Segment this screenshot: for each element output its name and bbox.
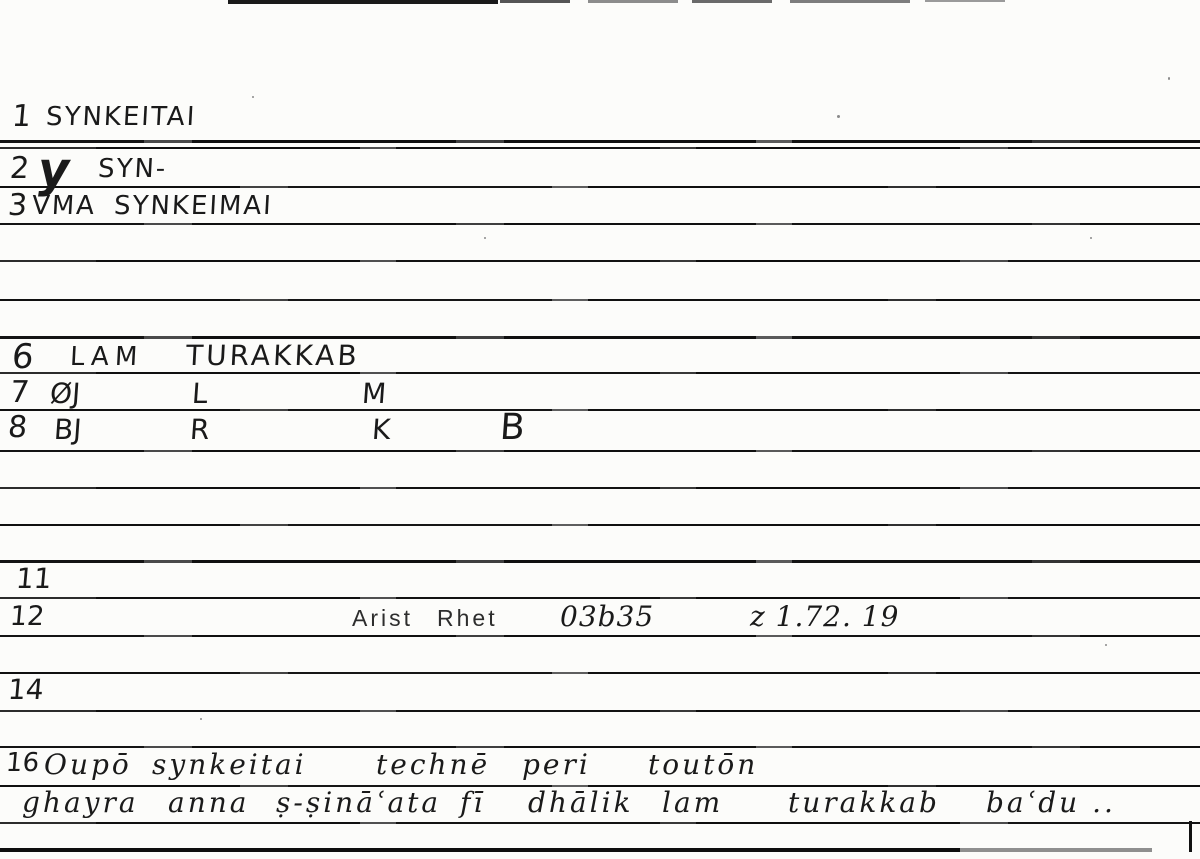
entry-number: 12 [9,603,46,630]
card-bottom-edge [0,848,1200,852]
ruled-line [0,299,1200,301]
letter-b: B [499,410,526,446]
greek-word: Oupō [44,751,132,779]
arabic-word: fī [460,789,485,817]
entry-number: 2 [9,154,31,184]
dust-speck [252,96,254,98]
arabic-word: ghayra [22,789,139,817]
scan-artifact [588,0,678,3]
entry-row-3: 3 VMA SYNKEIMAI [0,190,1200,228]
dust-speck [1105,644,1107,646]
entry-number: 8 [7,413,29,443]
scan-artifact [925,0,1005,2]
entry-number: 11 [15,565,53,593]
stamp-work: Rhet [437,607,498,630]
greek-word: technē [376,751,490,779]
siglum: VMA [31,193,96,219]
entry-number: 6 [11,340,36,374]
arabic-word: turakkab [788,789,940,817]
entry-row-1: 1 SYNKEITAI [0,100,1200,138]
ruled-line [0,140,1200,143]
headword-greek: SYNKEITAI [45,104,197,130]
dust-speck [1090,237,1092,239]
headword-greek: SYNKEIMAI [113,193,273,219]
stamp-author: Arist [352,607,413,630]
entry-number: 16 [5,750,40,776]
scan-artifact [790,0,910,3]
edition-reference: z 1.72. 19 [750,603,899,631]
letter-l: L [191,380,209,408]
entry-row-16: 16 Oupō synkeitai technē peri toutōn [0,748,1200,786]
ruled-line [0,450,1200,452]
dust-speck [200,718,202,720]
entry-row-7: 7 ØJ L M [0,377,1200,415]
entry-row-17: ghayra anna ṣ-ṣināʿata fī dhālik lam tur… [0,787,1200,825]
arabic-word: lam [662,789,723,817]
dust-speck [1168,77,1170,80]
card-edge-mark [1189,821,1192,852]
ruled-line [0,487,1200,489]
siglum-glyph: y [38,146,69,194]
entry-number: 1 [11,102,33,132]
dust-speck [484,237,486,239]
siglum: ØJ [49,380,81,408]
entry-number: 14 [7,676,45,704]
entry-number: 7 [9,378,31,408]
greek-word: synkeitai [152,751,307,779]
arabic-word: anna [168,789,249,817]
greek-word: peri [522,751,591,779]
greek-word: toutōn [648,751,758,779]
entry-number: 3 [7,191,29,221]
scan-artifact [500,0,570,3]
entry-row-2: 2 y SYN- [0,152,1200,190]
entry-row-14: 14 [0,674,1200,712]
entry-row-11: 11 [0,563,1200,601]
index-card: 1 SYNKEITAI 2 y SYN- 3 VMA SYNKEIMAI 6 L… [0,0,1200,859]
scan-artifact [692,0,772,3]
ruled-line [0,524,1200,526]
scan-artifact [228,0,498,4]
arabic-word: ṣ-ṣināʿata [276,789,441,817]
word-turakkab: TURAKKAB [185,342,360,370]
siglum: BJ [53,416,82,444]
headword-abbrev: SYN- [97,156,168,182]
letter-k: K [371,416,391,444]
entry-row-12: 12 Arist Rhet 03b35 z 1.72. 19 [0,600,1200,638]
arabic-word: dhālik [528,789,634,817]
ruled-line [0,147,1200,149]
entry-row-8: 8 BJ R K B [0,412,1200,450]
ruled-line [0,260,1200,262]
entry-row-6: 6 LAM TURAKKAB [0,338,1200,376]
letter-m: M [361,380,387,408]
arabic-word: baʿdu .. [986,789,1116,817]
bekker-reference: 03b35 [560,603,654,631]
word-lam: LAM [69,344,144,370]
letter-r: R [189,416,210,444]
